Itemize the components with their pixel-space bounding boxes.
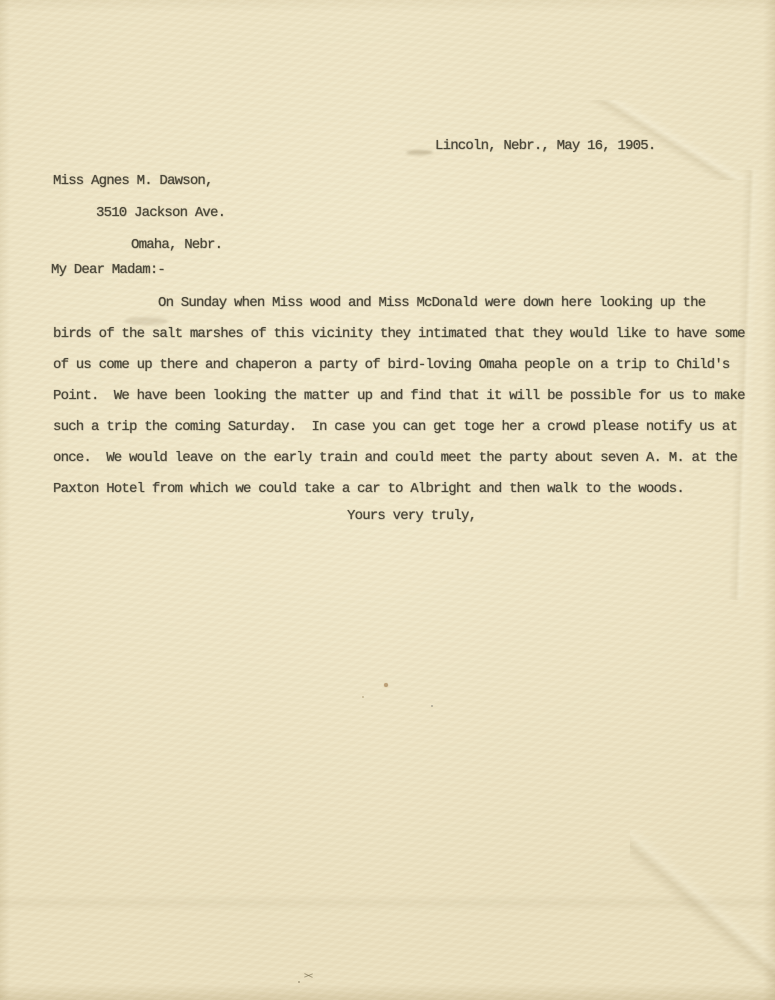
dateline: Lincoln, Nebr., May 16, 1905. (435, 139, 655, 154)
recipient-name: Miss Agnes M. Dawson, (53, 174, 213, 189)
body-line: once. We would leave on the early train … (53, 451, 737, 466)
body-line: such a trip the coming Saturday. In case… (53, 420, 737, 435)
paper-speck (384, 683, 388, 687)
pencil-dot (298, 981, 300, 983)
salutation: My Dear Madam:- (51, 263, 165, 278)
body-line: birds of the salt marshes of this vicini… (53, 327, 745, 342)
body-line: of us come up there and chaperon a party… (53, 358, 730, 373)
recipient-city: Omaha, Nebr. (131, 238, 222, 253)
paper-crease-bottom-right (630, 830, 775, 990)
paper-crease-right-edge (720, 170, 766, 600)
paper-speck (362, 696, 364, 698)
paper-speck (431, 705, 433, 707)
pencil-x-mark (304, 972, 313, 979)
body-line: On Sunday when Miss wood and Miss McDona… (158, 296, 705, 311)
closing: Yours very truly, (347, 509, 476, 524)
recipient-street: 3510 Jackson Ave. (96, 206, 225, 221)
ink-smudge (406, 150, 433, 155)
letter-page: Lincoln, Nebr., May 16, 1905. Miss Agnes… (0, 0, 775, 1000)
body-line: Point. We have been looking the matter u… (53, 389, 745, 404)
ink-smudge (124, 317, 168, 325)
body-line: Paxton Hotel from which we could take a … (53, 482, 684, 497)
paper-crease-bottom (0, 885, 775, 919)
paper-texture (0, 0, 775, 1000)
